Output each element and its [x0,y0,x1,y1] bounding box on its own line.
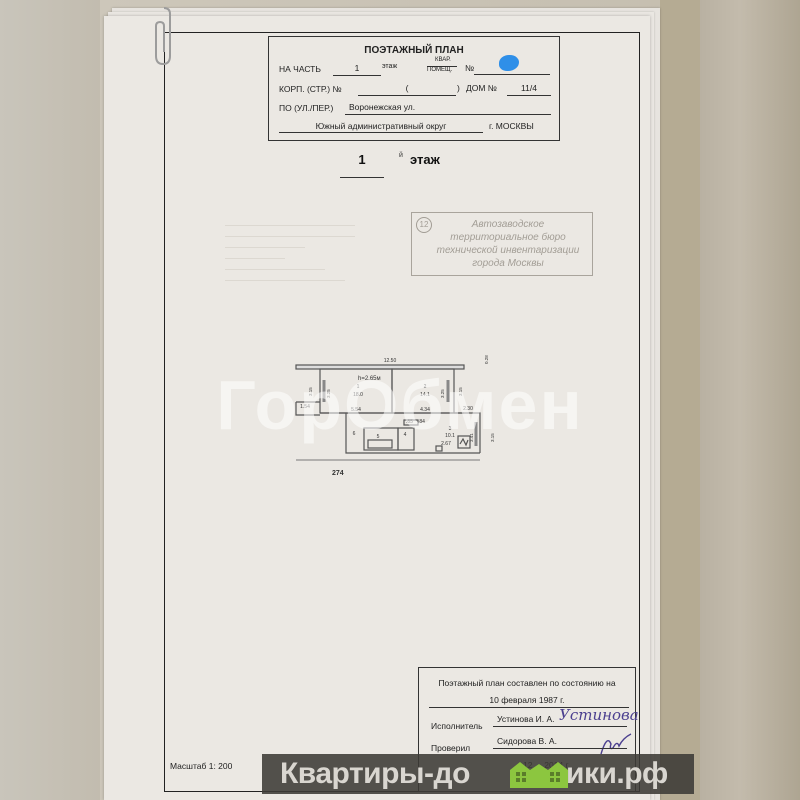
house-label: ДОМ № [466,83,497,93]
background-right [700,0,800,800]
korp-label: КОРП. (СТР.) № [279,84,342,94]
floor-heading: 1 й этаж [330,150,470,180]
ceiling-height: h=2.65м [358,376,381,382]
scale-label: Масштаб 1: 200 [170,761,232,771]
floor-plan: 12.50 h=2.65м 1 18.0 2 14.1 5.54 4.34 1.… [280,350,510,480]
dim-room1-width: 5.54 [351,407,361,413]
title-block: ПОЭТАЖНЫЙ ПЛАН НА ЧАСТЬ 1 этаж КВАР. ПОМ… [268,36,560,141]
number-label: № [465,63,474,73]
dim-room2-width: 4.34 [420,407,430,413]
street-value: Воронежская ул. [349,102,415,112]
room-3-area: 10.1 [445,433,455,439]
dim-step: 2.30 [463,406,473,412]
stamp-line-4: города Москвы [424,257,592,270]
dim-outer-h: 3.15 [490,433,495,442]
room-2-area: 14.1 [420,392,430,398]
bti-stamp: 12 Автозаводское территориальное бюро те… [411,212,593,276]
street-label: ПО (УЛ./ПЕР.) [279,103,333,113]
district-value: Южный административный округ [279,121,483,131]
house-icon [508,760,570,790]
dim-room1-h: 3.25 [326,389,331,398]
pomesh-label: ПОМЕЩ. [427,67,452,73]
kvar-label: КВАР. [435,57,451,63]
city-value: г. МОСКВЫ [489,121,534,131]
checker-label: Проверил [431,743,470,753]
stamp-line-2: территориальное бюро [424,231,592,244]
brand-text-left: Квартиры-до [280,757,470,791]
room-5-no: 5 [377,434,380,440]
part-value: 1 [333,63,381,73]
dim-kitchen: 2.67 [441,441,451,447]
house-number: 11/4 [507,83,551,93]
state-date: 10 февраля 1987 г. [419,695,635,705]
executor-label: Исполнитель [431,721,483,731]
room-4-no: 4 [404,432,407,438]
dim-kitchen-h: 3.41 [469,433,474,442]
background-wall [660,0,700,800]
dim-total: 12.50 [384,358,397,364]
plan-mark: 274 [332,470,344,477]
floor-word: этаж [410,152,440,167]
floor-number: 1 [340,152,384,167]
dim-left-h: 3.15 [308,387,313,396]
background-left [0,0,100,800]
executor-name: Устинова И. А. [497,714,555,724]
document-title: ПОЭТАЖНЫЙ ПЛАН [269,45,559,56]
part-label: НА ЧАСТЬ [279,64,321,74]
korp-value-close: ) [457,83,460,93]
stamp-line-1: Автозаводское [424,218,592,231]
bleed-through-text [200,215,400,325]
dim-room2-h: 3.25 [440,389,445,398]
brand-watermark: Квартиры-до ики.рф [262,754,694,794]
stamp-number: 12 [416,217,432,233]
room-6-no: 6 [353,431,356,437]
floor-suffix: й [399,152,403,159]
room-2-no: 2 [424,384,427,390]
brand-text-right: ики.рф [566,757,668,791]
redacted-apartment-number [499,55,519,71]
dim-right-h: 3.15 [458,387,463,396]
dim-wall: 0.28 [484,355,489,364]
state-as-of-text: Поэтажный план составлен по состоянию на [419,678,635,688]
executor-signature: Устинова [559,706,639,724]
room-1-no: 1 [357,384,360,390]
dim-balcony: 1.54 [300,404,310,410]
checker-signature [597,730,633,756]
korp-value: ( [358,83,456,93]
room-3-no: 3 [449,426,452,432]
dim-door-a: .85 [406,419,413,425]
dim-door-b: .84 [418,419,425,425]
stamp-line-3: технической инвентаризации [424,244,592,257]
room-1-area: 18.0 [353,392,363,398]
paper-clip-icon [146,4,176,66]
checker-name: Сидорова В. А. [497,736,557,746]
floor-word: этаж [382,63,397,70]
